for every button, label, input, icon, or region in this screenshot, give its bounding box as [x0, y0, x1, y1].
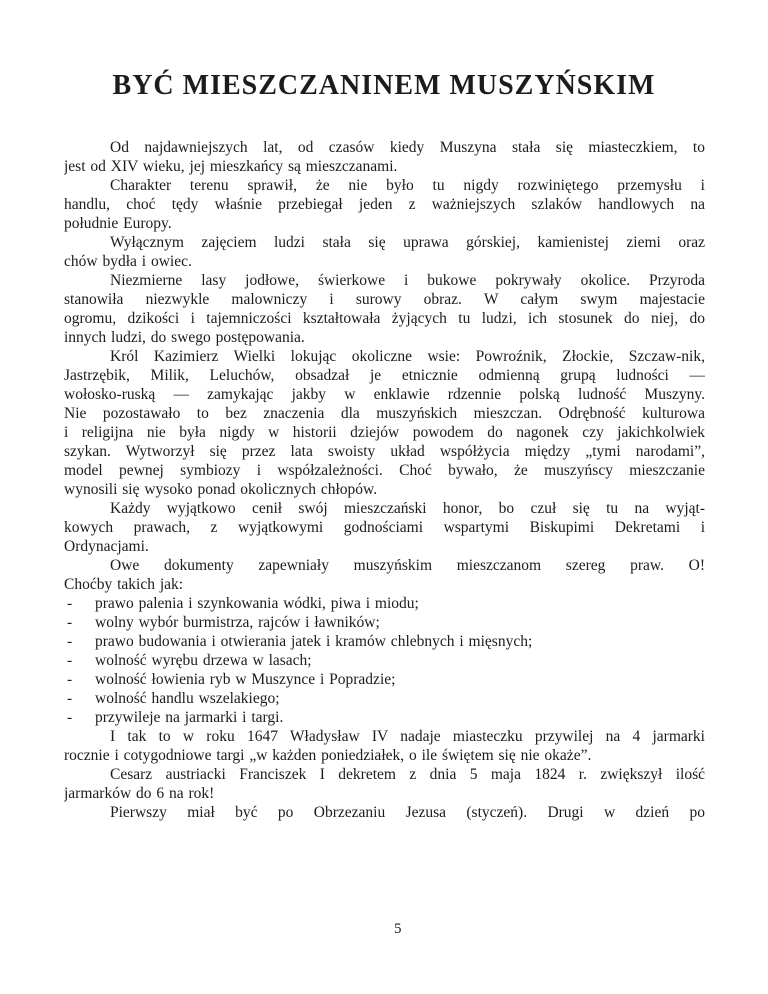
- list-item-marker: -: [64, 594, 95, 613]
- paragraph: I tak to w roku 1647 Władysław IV nadaje…: [64, 727, 705, 765]
- text-line: Każdy wyjątkowo cenił swój mieszczański …: [64, 499, 705, 518]
- text-line: i religijna nie była nigdy w historii dz…: [64, 423, 705, 442]
- page-number: 5: [394, 921, 402, 938]
- text-line: szykan. Wytworzył się przez lata swoisty…: [64, 442, 705, 461]
- text-line: południe Europy.: [64, 214, 705, 233]
- list-item-text: prawo budowania i otwierania jatek i kra…: [95, 632, 705, 651]
- paragraph: Niezmierne lasy jodłowe, świerkowe i buk…: [64, 271, 705, 347]
- text-line: Nie pozostawało to bez znaczenia dla mus…: [64, 404, 705, 423]
- text-line: model pewnej symbiozy i współzależności.…: [64, 461, 705, 480]
- text-line: jest od XIV wieku, jej mieszkańcy są mie…: [64, 157, 705, 176]
- list-item: -wolność handlu wszelakiego;: [64, 689, 705, 708]
- list-item-marker: -: [64, 689, 95, 708]
- paragraph: Cesarz austriacki Franciszek I dekretem …: [64, 765, 705, 803]
- text-line: Ordynacjami.: [64, 537, 705, 556]
- list-item-marker: -: [64, 613, 95, 632]
- paragraph: Owe dokumenty zapewniały muszyńskim mies…: [64, 556, 705, 594]
- text-line: Pierwszy miał być po Obrzezaniu Jezusa (…: [64, 803, 705, 822]
- list-item-marker: -: [64, 651, 95, 670]
- document-page: BYĆ MIESZCZANINEM MUSZYŃSKIM Od najdawni…: [0, 0, 768, 994]
- list-item-text: przywileje na jarmarki i targi.: [95, 708, 705, 727]
- list-item-text: wolny wybór burmistrza, rajców i ławnikó…: [95, 613, 705, 632]
- text-line: Choćby takich jak:: [64, 575, 705, 594]
- page-title: BYĆ MIESZCZANINEM MUSZYŃSKIM: [0, 70, 768, 102]
- paragraph: Każdy wyjątkowo cenił swój mieszczański …: [64, 499, 705, 556]
- privileges-list: -prawo palenia i szynkowania wódki, piwa…: [64, 594, 705, 727]
- list-item: -wolność łowienia ryb w Muszynce i Popra…: [64, 670, 705, 689]
- text-line: wołosko-ruską — zamykając jakby w enklaw…: [64, 385, 705, 404]
- text-line: chów bydła i owiec.: [64, 252, 705, 271]
- text-line: Wyłącznym zajęciem ludzi stała się upraw…: [64, 233, 705, 252]
- text-line: wynosili się wysoko ponad okolicznych ch…: [64, 480, 705, 499]
- list-item-text: wolność łowienia ryb w Muszynce i Poprad…: [95, 670, 705, 689]
- list-item-text: wolność handlu wszelakiego;: [95, 689, 705, 708]
- paragraph: Wyłącznym zajęciem ludzi stała się upraw…: [64, 233, 705, 271]
- paragraph: Od najdawniejszych lat, od czasów kiedy …: [64, 138, 705, 176]
- text-line: handlu, choć tędy właśnie przebiegał jed…: [64, 195, 705, 214]
- text-line: ogromu, dzikości i tajemniczości kształt…: [64, 309, 705, 328]
- text-line: Niezmierne lasy jodłowe, świerkowe i buk…: [64, 271, 705, 290]
- text-line: kowych prawach, z wyjątkowymi godnościam…: [64, 518, 705, 537]
- text-line: Król Kazimierz Wielki lokując okoliczne …: [64, 347, 705, 366]
- list-item: -wolność wyrębu drzewa w lasach;: [64, 651, 705, 670]
- text-line: I tak to w roku 1647 Władysław IV nadaje…: [64, 727, 705, 746]
- paragraph: Pierwszy miał być po Obrzezaniu Jezusa (…: [64, 803, 705, 822]
- list-item: -prawo palenia i szynkowania wódki, piwa…: [64, 594, 705, 613]
- text-line: stanowiła niezwykle malowniczy i surowy …: [64, 290, 705, 309]
- list-item-marker: -: [64, 708, 95, 727]
- text-line: jarmarków do 6 na rok!: [64, 784, 705, 803]
- text-line: rocznie i cotygodniowe targi „w każden p…: [64, 746, 705, 765]
- document-body: Od najdawniejszych lat, od czasów kiedy …: [64, 138, 705, 822]
- list-item-marker: -: [64, 670, 95, 689]
- list-item-marker: -: [64, 632, 95, 651]
- text-line: Charakter terenu sprawił, że nie było tu…: [64, 176, 705, 195]
- list-item-text: wolność wyrębu drzewa w lasach;: [95, 651, 705, 670]
- list-item: -wolny wybór burmistrza, rajców i ławnik…: [64, 613, 705, 632]
- text-line: Owe dokumenty zapewniały muszyńskim mies…: [64, 556, 705, 575]
- paragraph: Charakter terenu sprawił, że nie było tu…: [64, 176, 705, 233]
- text-line: innych ludzi, do swego postępowania.: [64, 328, 705, 347]
- paragraph: Król Kazimierz Wielki lokując okoliczne …: [64, 347, 705, 499]
- list-item: -przywileje na jarmarki i targi.: [64, 708, 705, 727]
- text-line: Od najdawniejszych lat, od czasów kiedy …: [64, 138, 705, 157]
- list-item: -prawo budowania i otwierania jatek i kr…: [64, 632, 705, 651]
- text-line: Jastrzębik, Milik, Leluchów, obsadzał je…: [64, 366, 705, 385]
- text-line: Cesarz austriacki Franciszek I dekretem …: [64, 765, 705, 784]
- list-item-text: prawo palenia i szynkowania wódki, piwa …: [95, 594, 705, 613]
